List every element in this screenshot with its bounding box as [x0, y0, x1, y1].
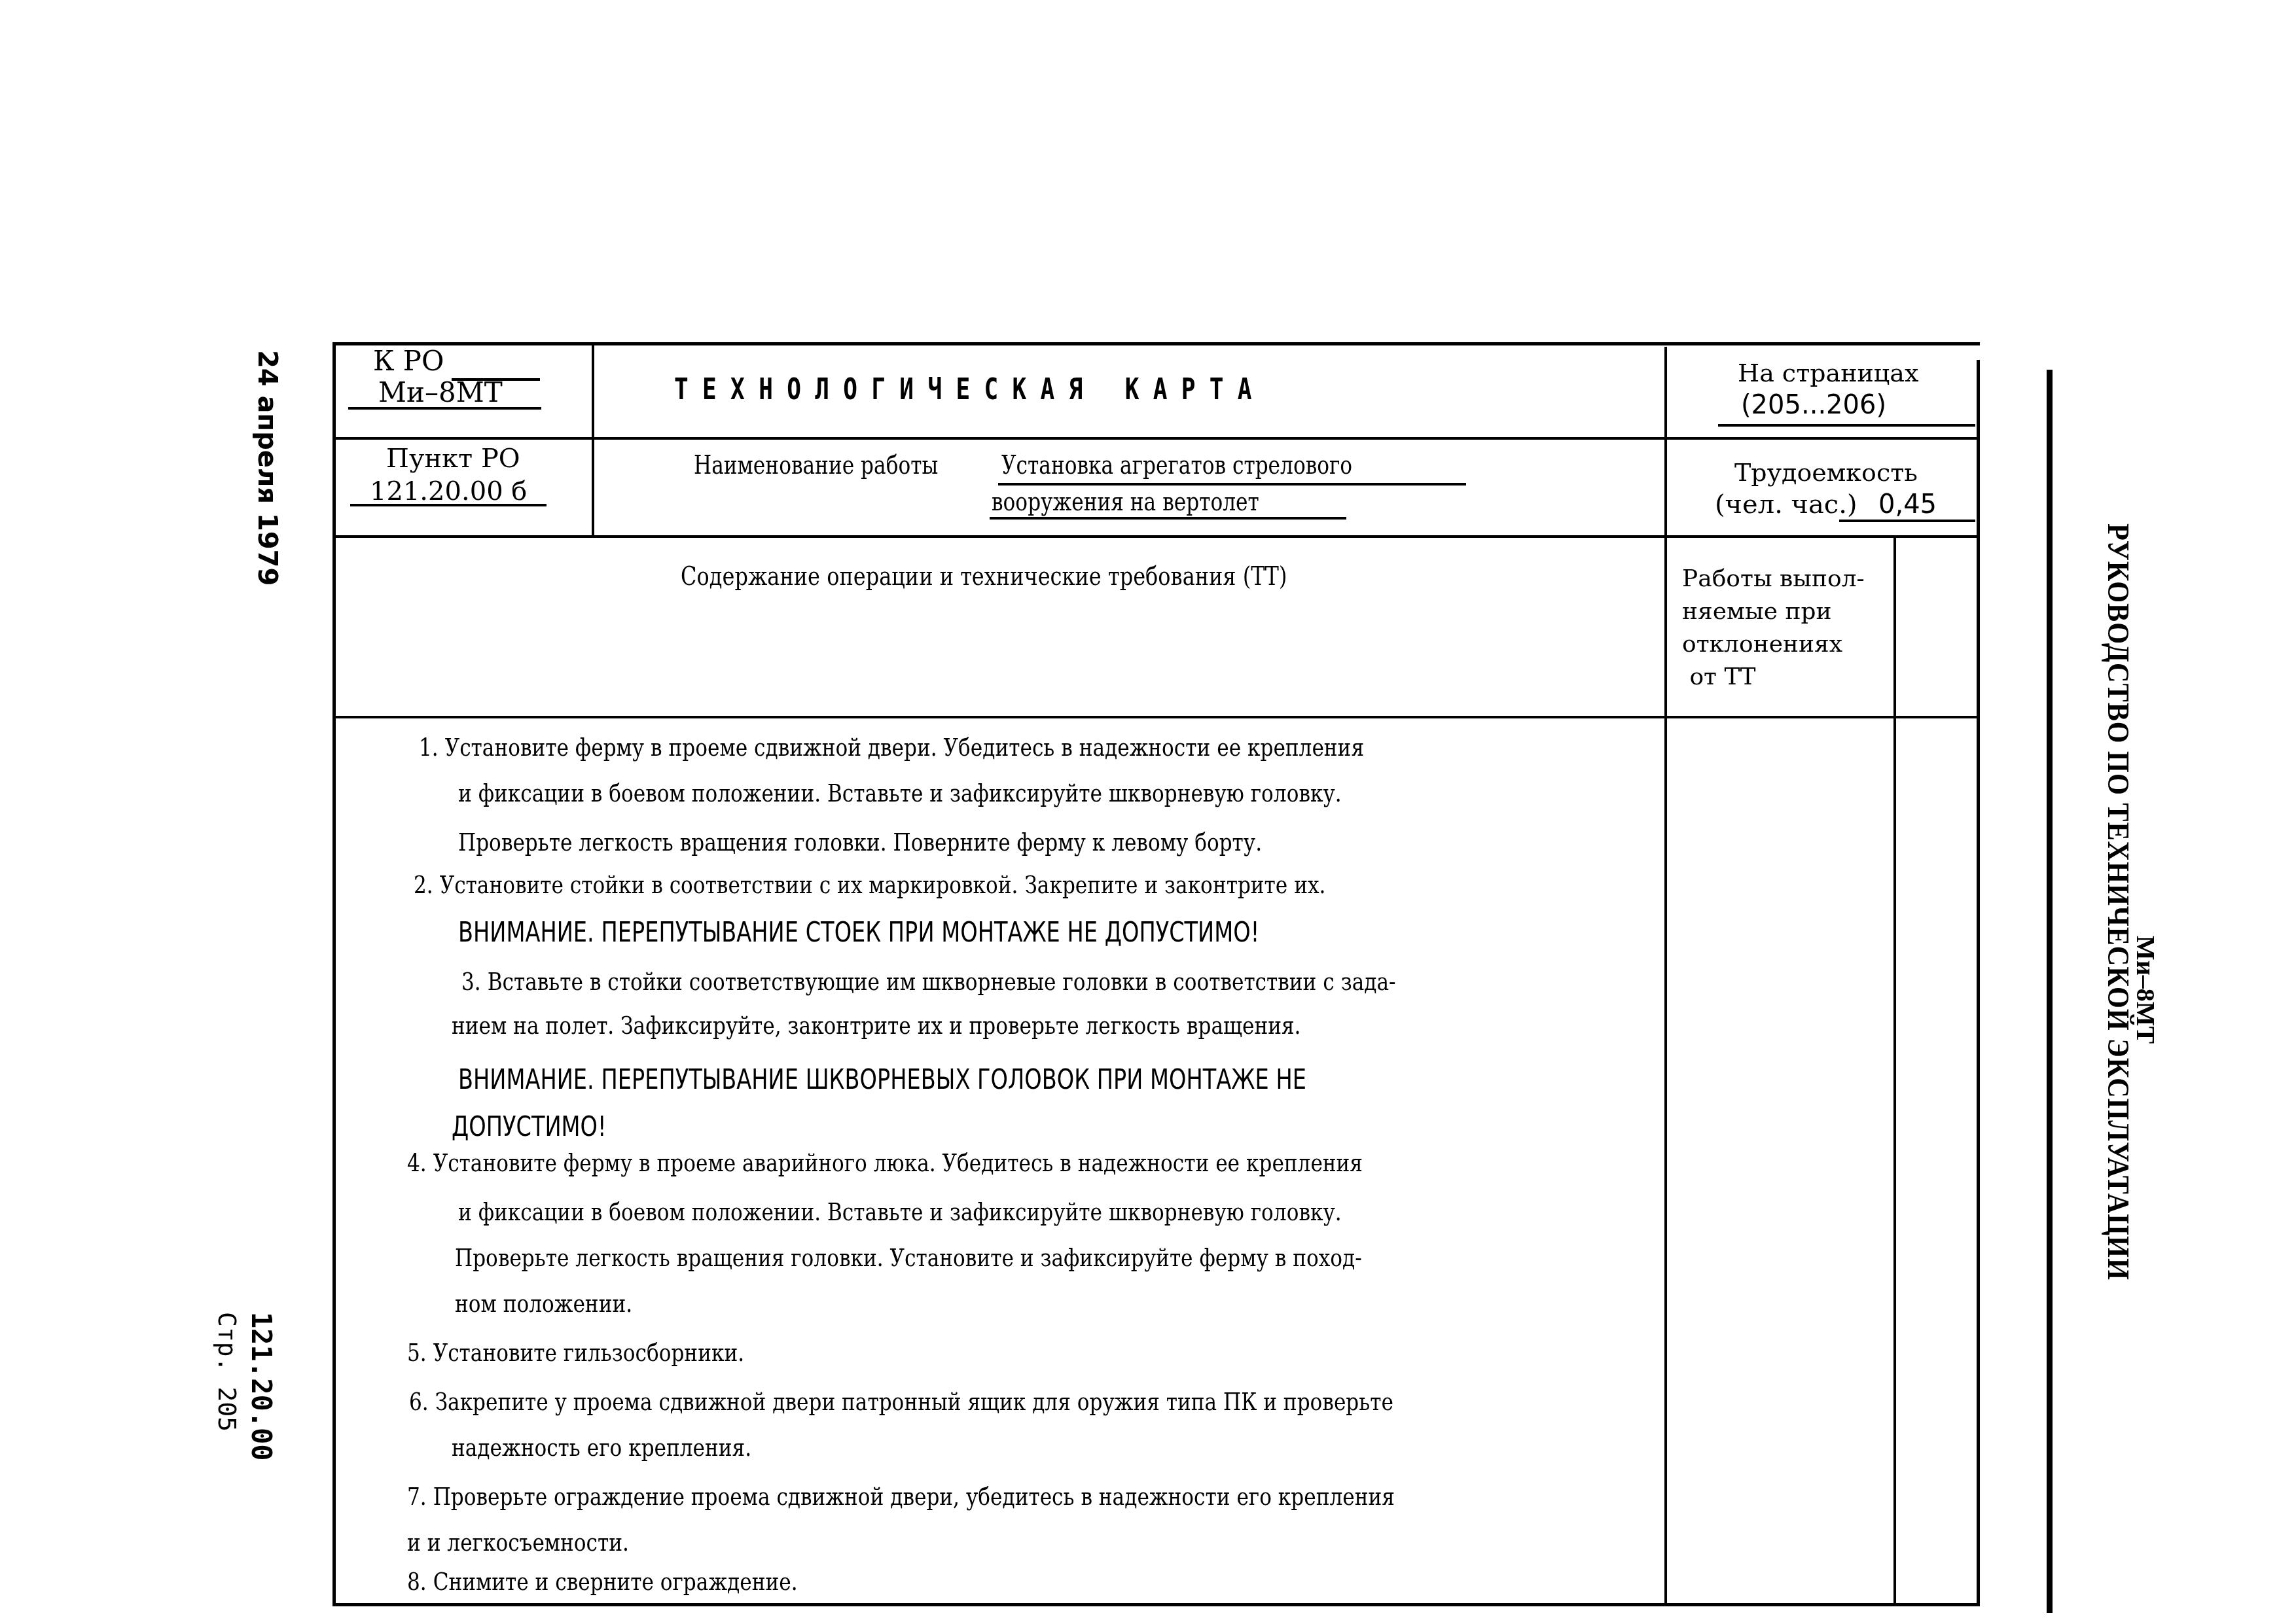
- card-title: ТЕХНОЛОГИЧЕСКАЯ КАРТА: [674, 373, 1266, 406]
- punkt-underline: [350, 504, 547, 506]
- punkt-label: Пункт РО: [386, 444, 520, 474]
- labor-underline: [1839, 520, 1975, 522]
- step-line: и фиксации в боевом положении. Вставьте …: [458, 1197, 1342, 1226]
- step-line: и и легкосъемности.: [407, 1528, 629, 1557]
- manual-model: Ми–8МТ: [2130, 936, 2161, 1044]
- work-name-underline-1: [998, 483, 1466, 485]
- warning-line: ДОПУСТИМО!: [452, 1110, 606, 1142]
- step-line: Проверьте легкость вращения головки. Уст…: [455, 1243, 1362, 1272]
- step-line: 6. Закрепите у проема сдвижной двери пат…: [409, 1387, 1393, 1416]
- work-name-line-2: вооружения на вертолет: [992, 487, 1259, 517]
- right-margin-rule: [2047, 370, 2053, 1613]
- step-line: нием на полет. Зафиксируйте, законтрите …: [452, 1011, 1300, 1040]
- step-line: 8. Снимите и сверните ограждение.: [407, 1567, 798, 1596]
- step-line: 4. Установите ферму в проеме аварийного …: [407, 1148, 1363, 1177]
- pages-value: (205...206): [1741, 390, 1886, 420]
- labor-label: Трудоемкость: [1734, 458, 1918, 487]
- step-line: Проверьте легкость вращения головки. Пов…: [458, 828, 1262, 856]
- manual-title: РУКОВОДСТВО ПО ТЕХНИЧЕСКОЙ ЭКСПЛУАТАЦИИ: [2101, 523, 2136, 1280]
- labor-value: 0,45: [1878, 489, 1937, 520]
- pages-underline: [1718, 424, 1975, 427]
- step-line: надежность его крепления.: [452, 1433, 751, 1462]
- model-underline: [348, 407, 541, 410]
- deviation-column-header: Работы выпол- няемые при отклонениях от …: [1682, 563, 1865, 694]
- step-line: ном положении.: [455, 1289, 632, 1318]
- step-line: 2. Установите стойки в соответствии с их…: [414, 870, 1325, 899]
- warning-line: ВНИМАНИЕ. ПЕРЕПУТЫВАНИЕ СТОЕК ПРИ МОНТАЖ…: [458, 916, 1259, 948]
- warning-line: ВНИМАНИЕ. ПЕРЕПУТЫВАНИЕ ШКВОРНЕВЫХ ГОЛОВ…: [458, 1063, 1306, 1095]
- work-name-line-1: Установка агрегатов стрелового: [1001, 450, 1352, 480]
- punkt-value: 121.20.00 б: [370, 476, 527, 506]
- content-column-header: Содержание операции и технические требов…: [681, 561, 1287, 591]
- step-line: и фиксации в боевом положении. Вставьте …: [458, 779, 1342, 807]
- date-stamp: 24 апреля 1979: [252, 350, 282, 586]
- pages-label: На страницах: [1738, 359, 1918, 387]
- page-reference: Стр. 205: [213, 1312, 242, 1432]
- work-name-label: Наименование работы: [694, 450, 938, 480]
- step-line: 3. Вставьте в стойки соответствующие им …: [461, 967, 1396, 996]
- step-line: 7. Проверьте ограждение проема сдвижной …: [407, 1482, 1395, 1511]
- kro-label: К РО: [373, 345, 444, 377]
- document-number: 121.20.00: [245, 1312, 278, 1461]
- step-line: 1. Установите ферму в проеме сдвижной дв…: [419, 733, 1364, 762]
- step-line: 5. Установите гильзосборники.: [407, 1338, 744, 1367]
- aircraft-model: Ми–8МТ: [378, 376, 503, 408]
- work-name-underline-2: [990, 517, 1346, 520]
- labor-unit: (чел. час.): [1715, 489, 1857, 520]
